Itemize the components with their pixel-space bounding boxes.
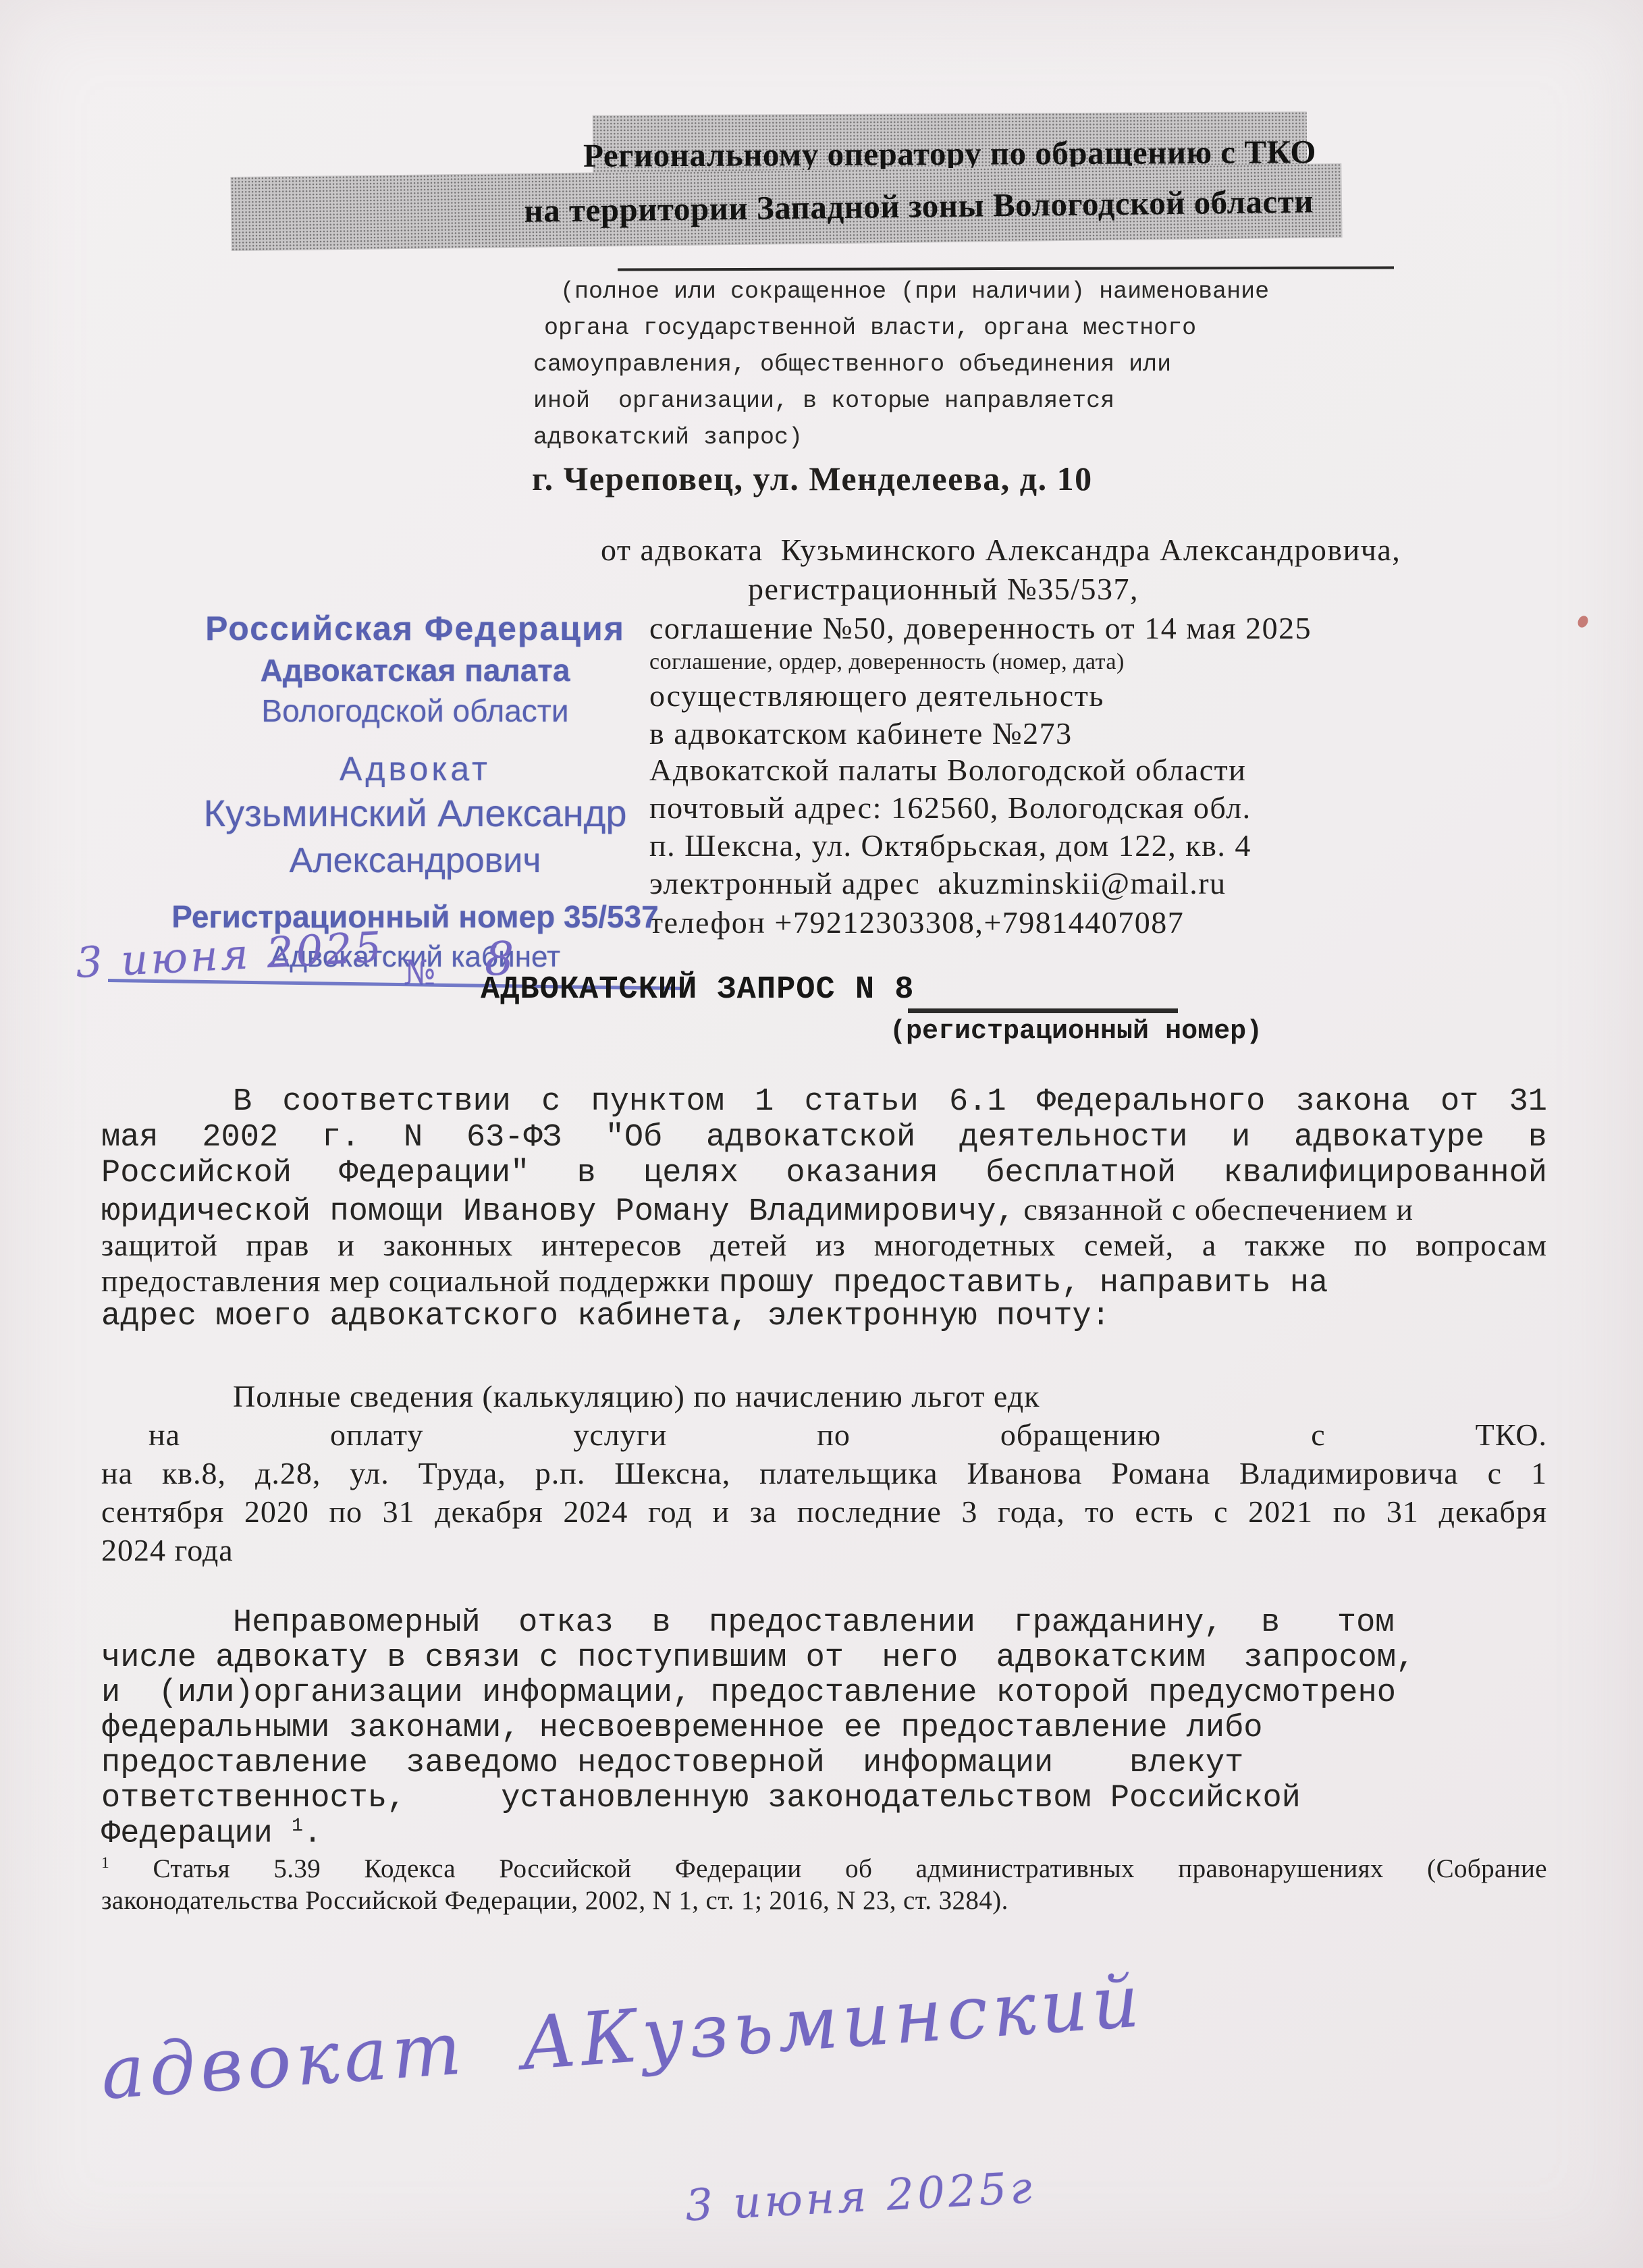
from-line: от адвоката Кузьминского Александра Алек…	[601, 532, 1401, 568]
document-title-subscript: (регистрационный номер)	[890, 1017, 1262, 1047]
handwritten-signature-date: 3 июня 2025г	[684, 2163, 1036, 2231]
from-line: электронный адрес akuzminskii@mail.ru	[649, 865, 1227, 901]
body-line: .	[303, 1816, 322, 1852]
body-line: прошу предоставить, направить на	[719, 1266, 1328, 1301]
stamp-line: Российская Федерация	[115, 609, 716, 648]
body-line: мая 2002 г. N 63-ФЗ "Об адвокатской деят…	[101, 1120, 1547, 1156]
title-blank-line	[908, 1008, 1178, 1013]
body-line: числе адвокату в связи с поступившим от …	[101, 1640, 1547, 1675]
body-line: предоставления мер социальной поддержки	[101, 1264, 719, 1298]
body-line: ответственность, установленную законодат…	[101, 1781, 1547, 1816]
paragraph-request-subject: Полные сведения (калькуляцию) по начисле…	[101, 1378, 1547, 1571]
body-line: Неправомерный отказ в предоставлении гра…	[101, 1605, 1547, 1640]
recipient-note-line: (полное или сокращенное (при наличии) на…	[560, 278, 1269, 305]
body-line: предоставление заведомо недостоверной ин…	[101, 1746, 1547, 1781]
from-line: соглашение №50, доверенность от 14 мая 2…	[649, 610, 1312, 646]
stamp-line: Вологодской области	[115, 693, 716, 729]
body-line: связанной с обеспечением и	[1015, 1192, 1413, 1226]
stamp-line: Адвокат	[115, 749, 716, 788]
body-line: адрес моего адвокатского кабинета, элект…	[101, 1299, 1547, 1334]
paragraph-liability: Неправомерный отказ в предоставлении гра…	[101, 1605, 1547, 1851]
body-line: В соответствии с пунктом 1 статьи 6.1 Фе…	[101, 1084, 1547, 1120]
body-line: на оплату услуги по обращению с ТКО.	[101, 1417, 1547, 1455]
footnote-text: законодательства Российской Федерации, 2…	[101, 1885, 1547, 1917]
scanned-document-page: Региональному оператору по обращению с Т…	[0, 0, 1643, 2268]
from-line: телефон +79212303308,+79814407087	[649, 905, 1184, 940]
paragraph-legal-basis: В соответствии с пунктом 1 статьи 6.1 Фе…	[101, 1084, 1547, 1334]
body-line: защитой прав и законных интересов детей …	[101, 1227, 1547, 1263]
handwritten-signature: адвокат АКузьминский	[99, 1959, 1147, 2116]
stamp-line: Адвокатская палата	[115, 652, 716, 688]
body-line: Российской Федерации" в целях оказания б…	[101, 1156, 1547, 1191]
from-line-note: соглашение, ордер, доверенность (номер, …	[649, 649, 1125, 675]
attorney-stamp: Российская Федерация Адвокатская палата …	[115, 609, 716, 974]
recipient-note-line: самоуправления, общественного объединени…	[533, 351, 1171, 378]
header-highlight-band-2: на территории Западной зоны Вологодской …	[230, 163, 1342, 251]
body-line: 2024 года	[101, 1532, 1547, 1571]
recipient-note-line: органа государственной власти, органа ме…	[544, 315, 1196, 342]
recipient-underline	[618, 266, 1394, 271]
footnote-reference-mark: 1	[292, 1816, 303, 1837]
from-line: почтовый адрес: 162560, Вологодская обл.	[649, 790, 1251, 826]
from-line: Адвокатской палаты Вологодской области	[649, 752, 1246, 788]
stamp-line: Александрович	[115, 840, 716, 881]
body-line: на кв.8, д.28, ул. Труда, р.п. Шексна, п…	[101, 1455, 1547, 1494]
stamp-line: Кузьминский Александр	[115, 791, 716, 835]
document-title: АДВОКАТСКИЙ ЗАПРОС N 8	[481, 972, 915, 1008]
ink-speck	[1576, 614, 1590, 629]
footnote-block: 1 Статья 5.39 Кодекса Российской Федерац…	[101, 1854, 1547, 1917]
body-line: сентября 2020 по 31 декабря 2024 год и з…	[101, 1494, 1547, 1532]
footnote-marker: 1	[101, 1854, 109, 1872]
body-line: федеральными законами, несвоевременное е…	[101, 1710, 1547, 1746]
from-line: осуществляющего деятельность	[649, 678, 1104, 713]
body-line: и (или)организации информации, предостав…	[101, 1675, 1547, 1710]
footnote-text: Статья 5.39 Кодекса Российской Федерации…	[109, 1854, 1547, 1883]
from-line: регистрационный №35/537,	[748, 571, 1139, 607]
body-line: Полные сведения (калькуляцию) по начисле…	[101, 1378, 1547, 1417]
from-line: п. Шексна, ул. Октябрьская, дом 122, кв.…	[649, 828, 1251, 863]
body-line: юридической помощи Иванову Роману Владим…	[101, 1194, 1015, 1230]
recipient-city-address: г. Череповец, ул. Менделеева, д. 10	[532, 459, 1093, 498]
stamp-line: Регистрационный номер 35/537	[115, 898, 716, 935]
body-line: Федерации	[101, 1816, 292, 1852]
recipient-note-line: иной организации, в которые направляется	[533, 387, 1114, 414]
header-line-2: на территории Западной зоны Вологодской …	[524, 182, 1314, 230]
recipient-note-line: адвокатский запрос)	[533, 424, 803, 451]
